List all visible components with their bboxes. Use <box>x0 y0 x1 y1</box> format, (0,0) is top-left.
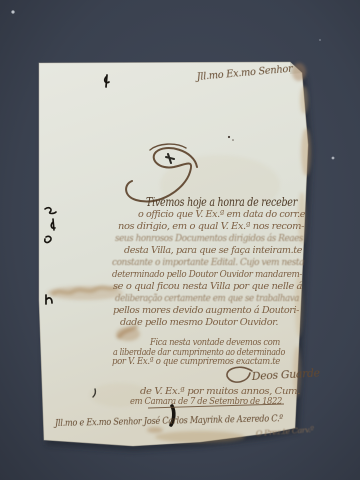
dust-speck <box>332 157 335 160</box>
body-line: se o qual ficou nesta Villa por que nell… <box>113 281 303 292</box>
body-line: pellos mores devido augmento á Doutori- <box>113 305 299 316</box>
paragraph2-line: por V. Ex.ª o que cumpriremos exactam.te <box>112 356 281 367</box>
ink-speck <box>232 139 234 141</box>
body-line: dade pello mesmo Doutor Ouvidor. <box>120 317 278 328</box>
body-line: deliberação certamente em que se trabalh… <box>115 293 300 304</box>
body-line: nos dirigio, em o qual V. Ex.ª nos recom… <box>118 221 304 232</box>
body-line: o officio que V. Ex.ª em data do corr.e <box>138 209 306 220</box>
manuscript-photo: Jll.mo Ex.mo Senhor Tivemos hoje a honra… <box>0 0 360 480</box>
dust-speck <box>11 10 14 13</box>
opening-line: Tivemos hoje a honra de receber <box>146 194 298 209</box>
body-line: determinado pello Doutor Ouvidor mandare… <box>112 269 302 280</box>
manuscript-scene: Jll.mo Ex.mo Senhor Tivemos hoje a honra… <box>0 0 360 480</box>
body-line: constante o importante Edital. Cujo vem … <box>112 257 305 268</box>
ink-speck <box>228 136 230 138</box>
body-line: desta Villa, para que se faça inteiram.t… <box>124 245 303 256</box>
body-line: seus honrosos Documentos dirigidos ás Re… <box>115 233 304 244</box>
date-line: em Camara de 7 de Setembro de 1822 <box>130 396 282 407</box>
dust-speck <box>319 39 321 41</box>
